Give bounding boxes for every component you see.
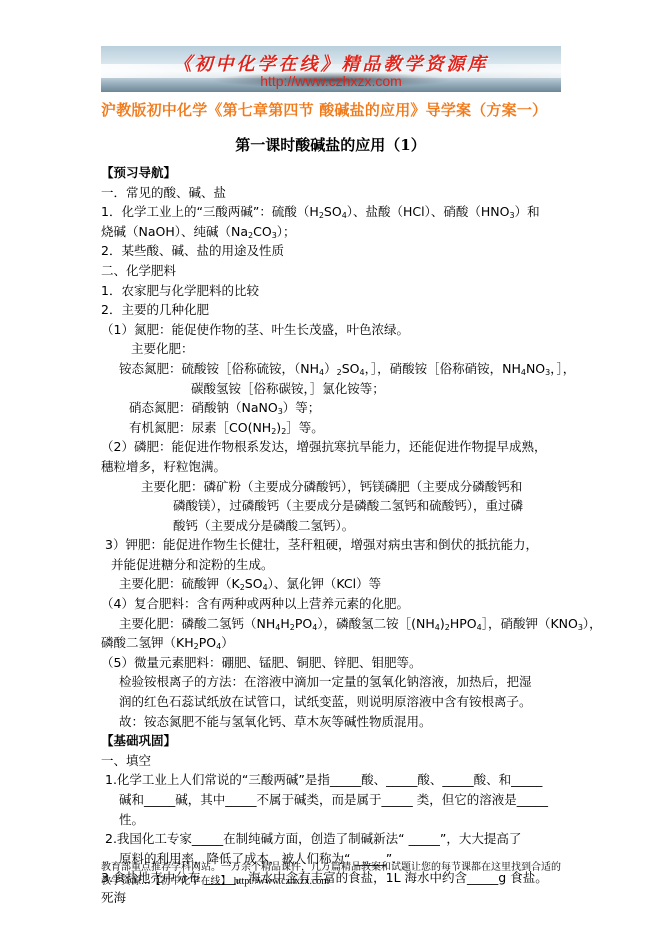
paragraph-test-2: 润的红色石蕊试纸放在试管口，试纸变蓝，则说明原溶液中含有铵根离子。 [101,692,571,712]
text: 铵态氮肥：硫酸铵［俗称硫铵，（NH [119,361,319,376]
paragraph-potassium: 3）钾肥：能促进作物生长健壮，茎秆粗硬，增强对病虫害和倒伏的抵抗能力， [101,535,571,555]
text: ，］，硝酸铵［俗称硝铵，NH [365,361,521,376]
footer-line-1: 教育部重点推荐学科网站。一万余个精品课件，几万篇精品教案和试题让您的每节课都在这… [101,861,571,875]
paragraph-phosphorus-main-1: 主要化肥：磷矿粉（主要成分磷酸钙），钙镁磷肥（主要成分磷酸钙和 [101,477,571,497]
text: ］，硝酸钾（KNO [482,616,578,631]
paragraph-main-fertilizers: 2．主要的几种化肥 [101,300,571,320]
paragraph-nitrogen: （1）氮肥：能促使作物的茎、叶生长茂盛，叶色浓绿。 [101,320,571,340]
text: PO [199,635,216,650]
text: 烧碱（NaOH）、纯碱（Na [101,224,248,239]
text: SO [342,361,360,376]
question-1-line-1: 1.化学工业上人们常说的“三酸两碱”是指_____酸、_____酸、_____酸… [101,770,571,790]
text: 硝态氮肥：硝酸钠（NaNO [129,400,278,415]
page-footer: 教育部重点推荐学科网站。一万余个精品课件，几万篇精品教案和试题让您的每节课都在这… [101,861,571,889]
text: ）； [277,224,296,239]
text: H [280,616,289,631]
text: ），磷酸氢二铵［(NH [317,616,434,631]
document-body: 【预习导航】 一．常见的酸、碱、盐 1．化学工业上的“三酸两碱”：硫酸（H2SO… [101,163,571,908]
paragraph-test-1: 检验铵根离子的方法：在溶液中滴加一定量的氢氧化钠溶液，加热后，把湿 [101,672,571,692]
footer-url-link[interactable]: http://www.czhxzx.com [234,876,329,887]
paragraph-phosphorus-2: 穗粒增多，籽粒饱满。 [101,457,571,477]
text: SO [245,576,263,591]
text: HPO [450,616,477,631]
question-3-line-2: 死海 [101,888,571,908]
text: 主要化肥：磷酸二氢钙（NH [119,616,275,631]
paragraph-bases: 烧碱（NaOH）、纯碱（Na2CO3）； [101,222,571,242]
text: SO [324,204,342,219]
question-1-line-3: 性。 [101,810,571,830]
paragraph-uses: 2．某些酸、碱、盐的用途及性质 [101,241,571,261]
text: ，］， [550,361,575,376]
text: 有机氮肥：尿素［CO(NH [129,420,271,435]
site-banner: 《初中化学在线》精品教学资源库 http://www.czhxzx.com [101,46,561,92]
paragraph-phosphorus-main-2: 磷酸镁），过磷酸钙（主要成分是磷酸二氢钙和硫酸钙），重过磷 [101,496,571,516]
paragraph-ammonium-2: 碳酸氢铵［俗称碳铵，］氯化铵等； [101,379,571,399]
text: PO [295,616,312,631]
lesson-subtitle: 第一课时酸碱盐的应用（1） [0,134,661,155]
paragraph-compare: 1．农家肥与化学肥料的比较 [101,281,571,301]
paragraph-organic: 有机氮肥：尿素［CO(NH2)2］等。 [101,418,571,438]
section-heading-basics: 【基础巩固】 [101,731,571,751]
text: ）等； [283,400,321,415]
footer-text: 教学资源...【初中化学在线】 [101,876,231,887]
paragraph-compound-main: 主要化肥：磷酸二氢钙（NH4H2PO4），磷酸氢二铵［(NH4)2HPO4］，硝… [101,614,571,634]
paragraph-conclusion: 故：铵态氮肥不能与氢氧化钙、草木灰等碱性物质混用。 [101,712,571,732]
text: ）、氯化钾（KCl）等 [268,576,381,591]
text: 1．化学工业上的“三酸两碱”：硫酸（H [101,204,319,219]
text: ） [221,635,234,650]
question-1-line-2: 碱和_____碱，其中_____不属于碱类，而是属于_____ 类，但它的溶液是… [101,790,571,810]
paragraph-potassium-main: 主要化肥：硫酸钾（K2SO4）、氯化钾（KCl）等 [101,574,571,594]
text: 主要化肥：硫酸钾（K [119,576,240,591]
question-2-line-1: 2.我国化工专家_____在制纯碱方面，创造了制碱新法“ _____”，大大提高… [101,829,571,849]
text: CO [253,224,272,239]
footer-line-2: 教学资源...【初中化学在线】 http://www.czhxzx.com [101,875,571,889]
paragraph-three-acids-two-bases: 1．化学工业上的“三酸两碱”：硫酸（H2SO4）、盐酸（HCl）、硝酸（HNO3… [101,202,571,222]
paragraph-compound-2: 磷酸二氢钾（KH2PO4） [101,633,571,653]
text: NO [526,361,545,376]
paragraph-potassium-2: 并能促进糖分和淀粉的生成。 [101,555,571,575]
paragraph-trace: （5）微量元素肥料：硼肥、锰肥、铜肥、锌肥、钼肥等。 [101,653,571,673]
heading-fertilizers: 二、化学肥料 [101,261,571,281]
text: ）、盐酸（HCl）、硝酸（HNO [347,204,510,219]
text: ］等。 [286,420,324,435]
text: ）， [583,616,602,631]
paragraph-phosphorus-main-3: 酸钙（主要成分是磷酸二氢钙）。 [101,516,571,536]
heading-fill-in: 一、填空 [101,751,571,771]
text: ） [324,361,337,376]
text: ）和 [515,204,540,219]
section-heading-preview: 【预习导航】 [101,163,571,183]
text: 磷酸二氢钾（KH [101,635,194,650]
paragraph-compound: （4）复合肥料：含有两种或两种以上营养元素的化肥。 [101,594,571,614]
paragraph-nitrate: 硝态氮肥：硝酸钠（NaNO3）等； [101,398,571,418]
paragraph-ammonium: 铵态氮肥：硫酸铵［俗称硫铵，（NH4）2SO4，］，硝酸铵［俗称硝铵，NH4NO… [101,359,571,379]
paragraph-phosphorus: （2）磷肥：能促进作物根系发达，增强抗寒抗旱能力，还能促进作物提早成熟， [101,437,571,457]
banner-url[interactable]: http://www.czhxzx.com [101,73,561,89]
paragraph-nitrogen-main: 主要化肥： [101,339,571,359]
heading-acids-bases-salts: 一．常见的酸、碱、盐 [101,183,571,203]
document-title: 沪教版初中化学《第七章第四节 酸碱盐的应用》导学案（方案一） [101,99,571,120]
